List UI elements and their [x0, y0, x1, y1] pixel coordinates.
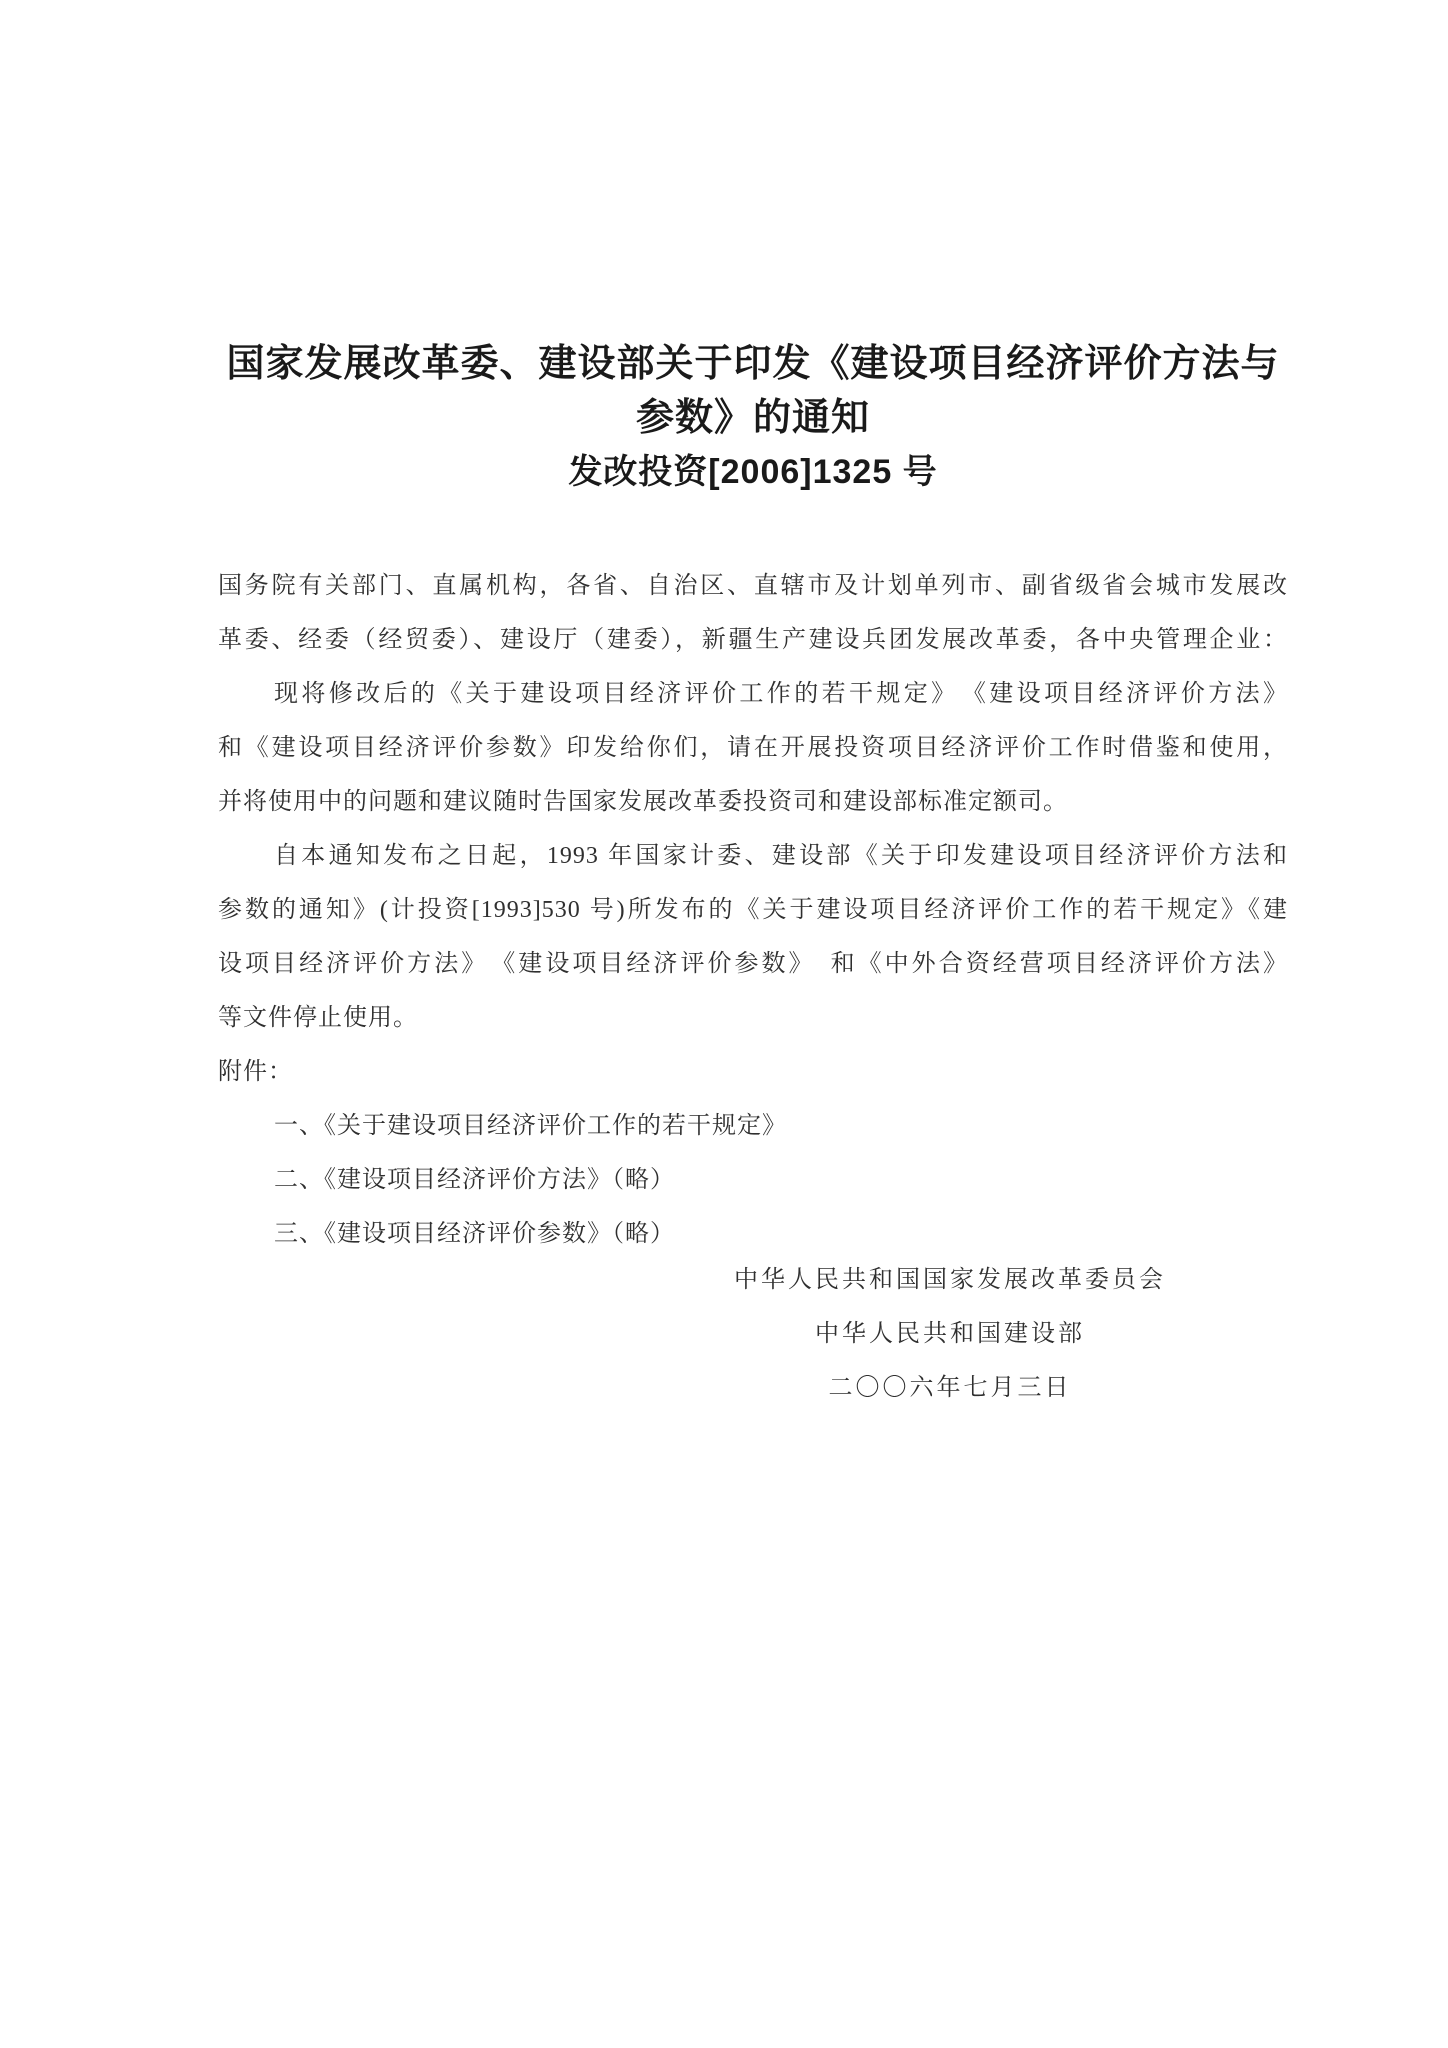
signature-date: 二〇〇六年七月三日 — [612, 1361, 1288, 1415]
attachment-item-1: 一、《关于建设项目经济评价工作的若干规定》 — [218, 1099, 1288, 1153]
document-title-line-2: 参数》的通知 — [218, 391, 1288, 445]
paragraph-2-line-3: 设项目经济评价方法》 《建设项目经济评价参数》 和《中外合资经营项目经济评价方法… — [218, 937, 1288, 991]
paragraph-2-line-1: 自本通知发布之日起，1993 年国家计委、建设部《关于印发建设项目经济评价方法和 — [218, 829, 1288, 883]
paragraph-2-line-4: 等文件停止使用。 — [218, 991, 1288, 1045]
document-header: 国家发展改革委、建设部关于印发《建设项目经济评价方法与 参数》的通知 发改投资[… — [218, 337, 1288, 499]
paragraph-1-line-2: 和《建设项目经济评价参数》印发给你们，请在开展投资项目经济评价工作时借鉴和使用， — [218, 721, 1288, 775]
document-number: 发改投资[2006]1325 号 — [218, 445, 1288, 499]
document-title-line-1: 国家发展改革委、建设部关于印发《建设项目经济评价方法与 — [218, 337, 1288, 391]
signature-block: 中华人民共和国国家发展改革委员会 中华人民共和国建设部 二〇〇六年七月三日 — [612, 1253, 1288, 1415]
document-page: 国家发展改革委、建设部关于印发《建设项目经济评价方法与 参数》的通知 发改投资[… — [0, 0, 1448, 2048]
signature-org-secondary: 中华人民共和国建设部 — [612, 1307, 1288, 1361]
salutation-line-2: 革委、经委（经贸委）、建设厅（建委），新疆生产建设兵团发展改革委，各中央管理企业… — [218, 613, 1288, 667]
paragraph-1-line-1: 现将修改后的《关于建设项目经济评价工作的若干规定》 《建设项目经济评价方法》 — [218, 667, 1288, 721]
attachment-item-2: 二、《建设项目经济评价方法》（略） — [218, 1153, 1288, 1207]
paragraph-1-line-3: 并将使用中的问题和建议随时告国家发展改革委投资司和建设部标准定额司。 — [218, 775, 1288, 829]
salutation-line-1: 国务院有关部门、直属机构，各省、自治区、直辖市及计划单列市、副省级省会城市发展改 — [218, 559, 1288, 613]
document-body: 国务院有关部门、直属机构，各省、自治区、直辖市及计划单列市、副省级省会城市发展改… — [218, 559, 1288, 1261]
attachments-label: 附件： — [218, 1045, 1288, 1099]
signature-org-primary: 中华人民共和国国家发展改革委员会 — [612, 1253, 1288, 1307]
paragraph-2-line-2: 参数的通知》(计投资[1993]530 号)所发布的《关于建设项目经济评价工作的… — [218, 883, 1288, 937]
